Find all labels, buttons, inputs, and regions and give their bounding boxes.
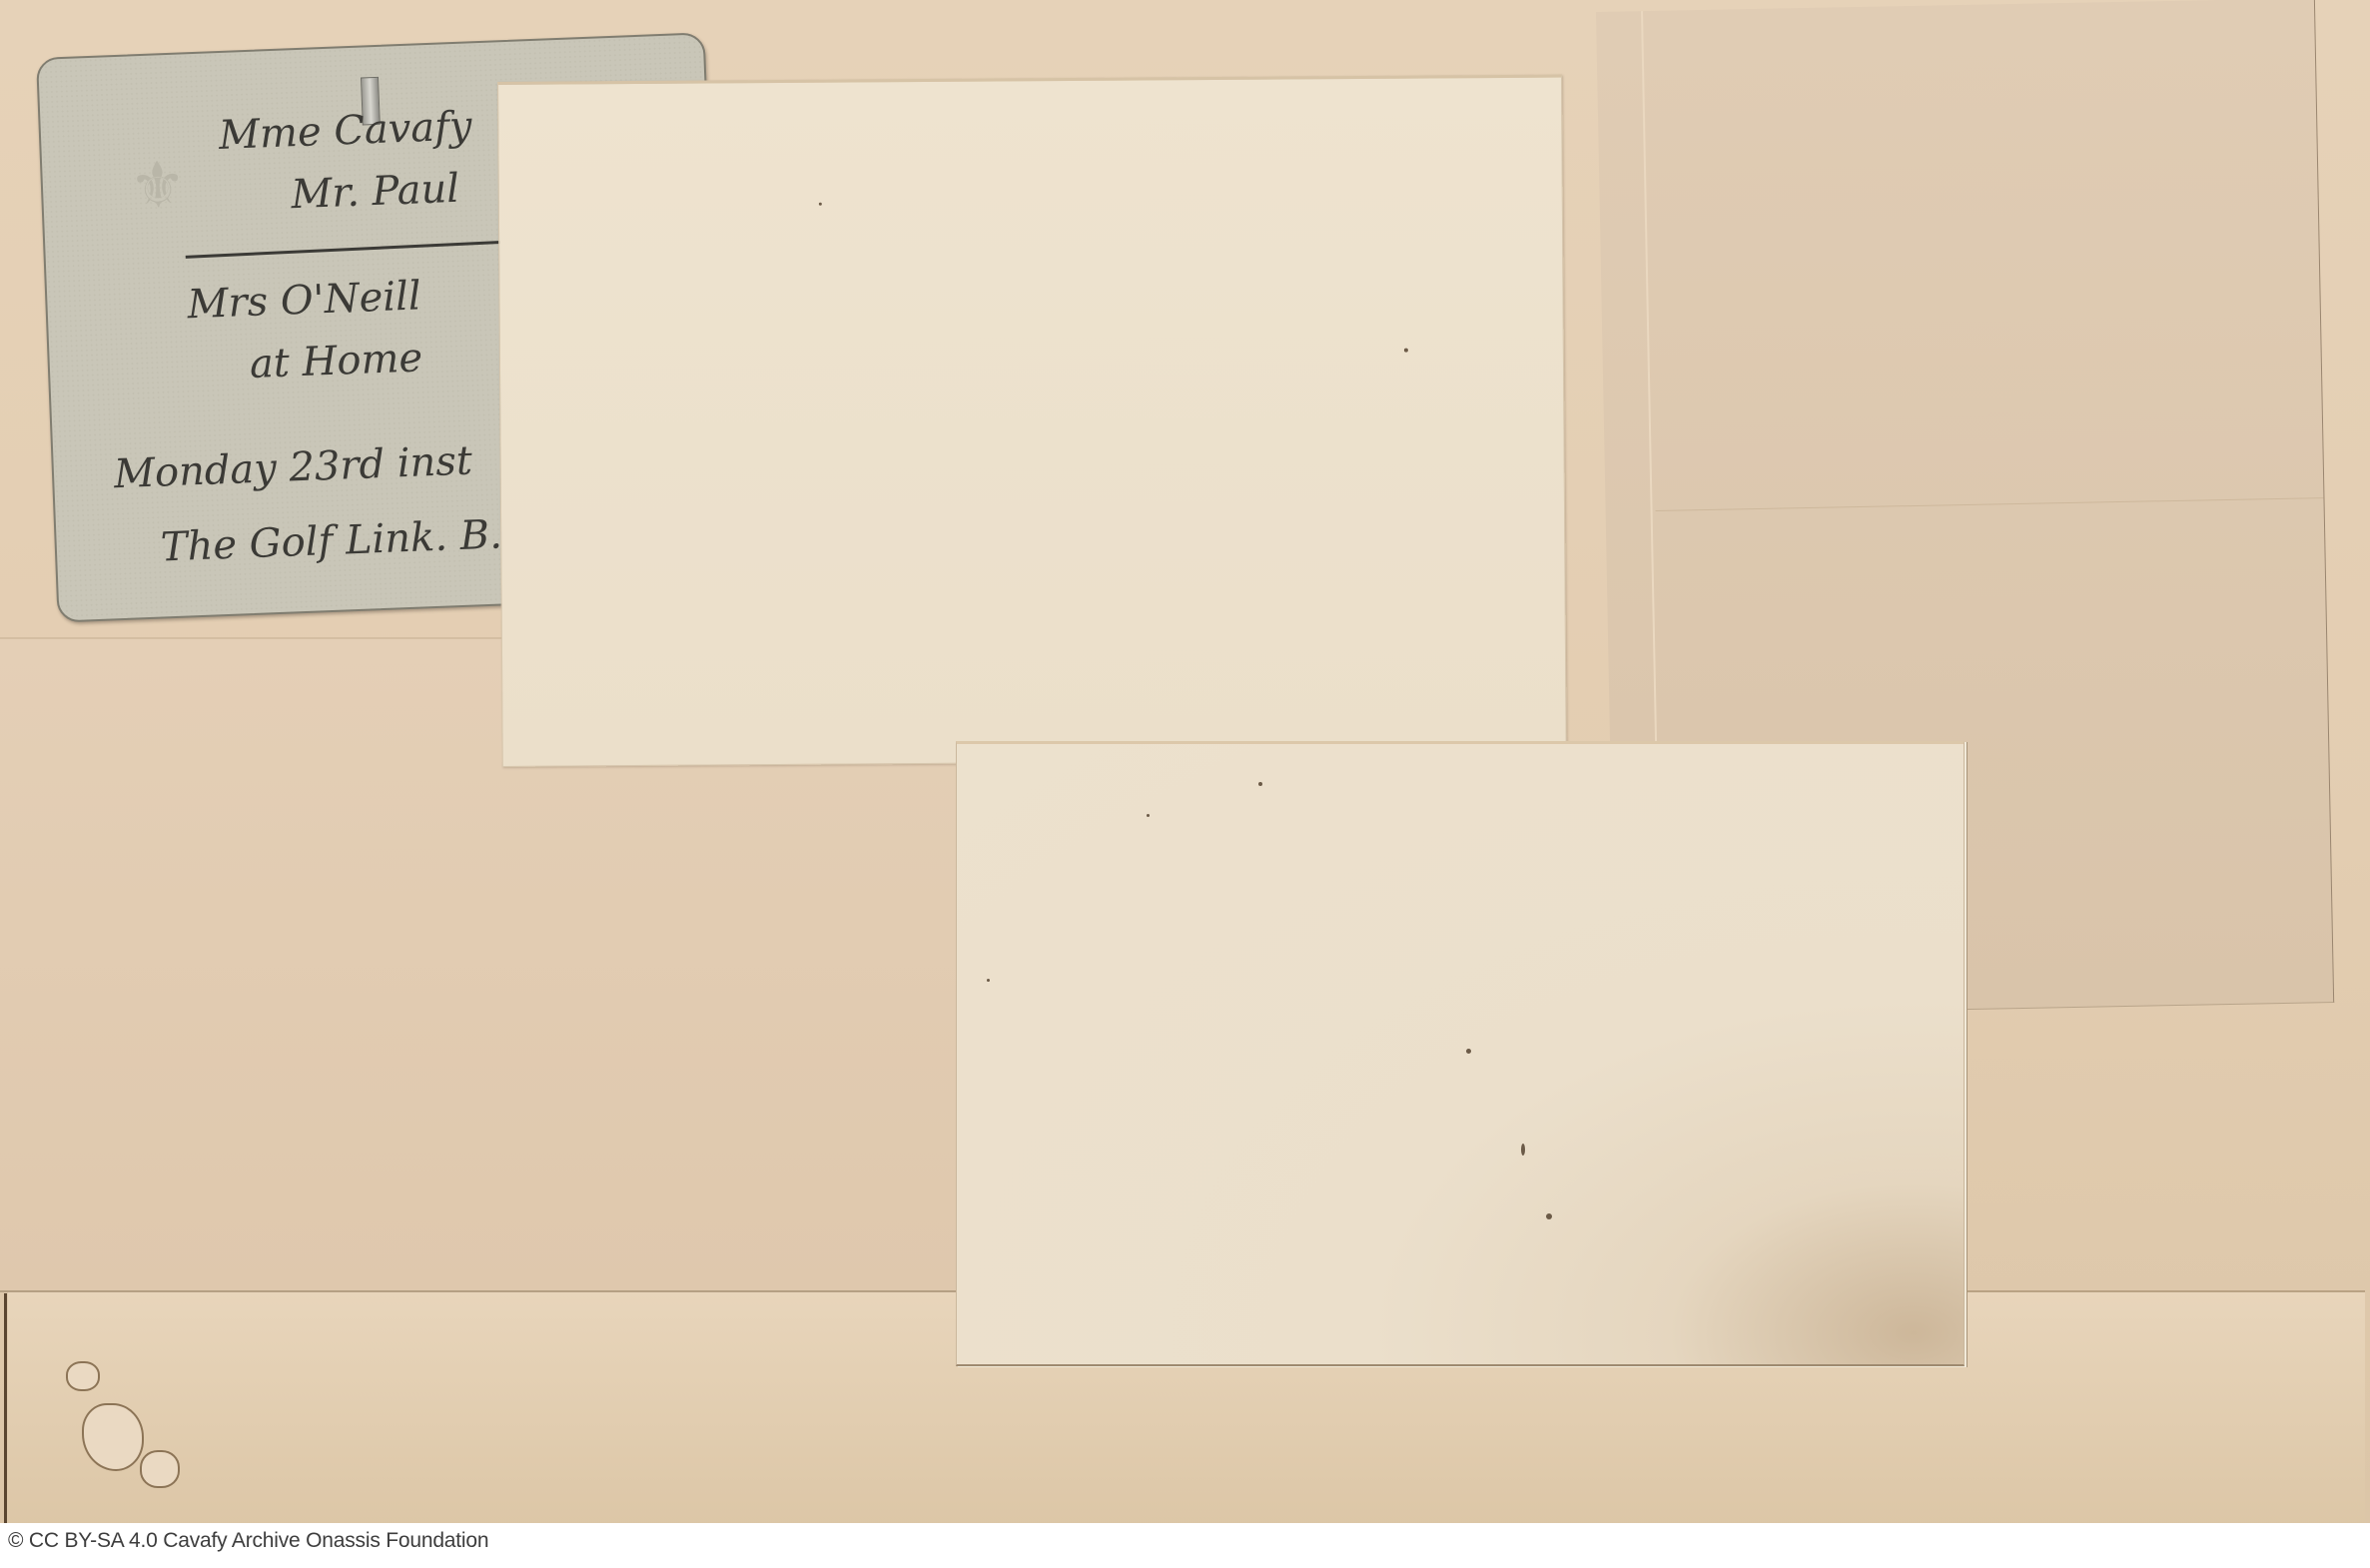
paper-speck: [1521, 1144, 1525, 1156]
card-line-3: Mrs O'Neill: [187, 273, 422, 328]
card-line-1: Mme Cavafy: [218, 103, 472, 159]
top-middle-deckled-sheet: [497, 75, 1567, 767]
left-edge-shadow: [4, 1293, 7, 1523]
card-line-6: The Golf Link. B...: [160, 510, 528, 570]
paper-speck: [1147, 814, 1150, 817]
paper-damage-spot: [66, 1361, 100, 1391]
paper-speck: [819, 203, 822, 206]
sheet-fold-horizontal: [1656, 497, 2324, 511]
embossed-crest-icon: ⚜: [116, 144, 199, 227]
lower-middle-sheet: [956, 741, 1965, 1366]
card-divider-line: [186, 240, 515, 259]
card-line-5: Monday 23rd inst: [113, 438, 473, 498]
paper-speck: [987, 979, 990, 982]
scanned-document-image: ⚜ Mme Cavafy Mr. Paul Mrs O'Neill at Hom…: [0, 0, 2370, 1523]
card-line-2: Mr. Paul: [291, 166, 460, 218]
paper-speck: [1466, 1049, 1471, 1054]
card-line-4: at Home: [249, 335, 423, 388]
copyright-notice: © CC BY-SA 4.0 Cavafy Archive Onassis Fo…: [8, 1529, 488, 1553]
paper-speck: [1404, 349, 1408, 353]
paper-speck: [1258, 782, 1262, 786]
paper-damage-spot: [140, 1450, 180, 1488]
paper-speck: [1546, 1213, 1552, 1219]
